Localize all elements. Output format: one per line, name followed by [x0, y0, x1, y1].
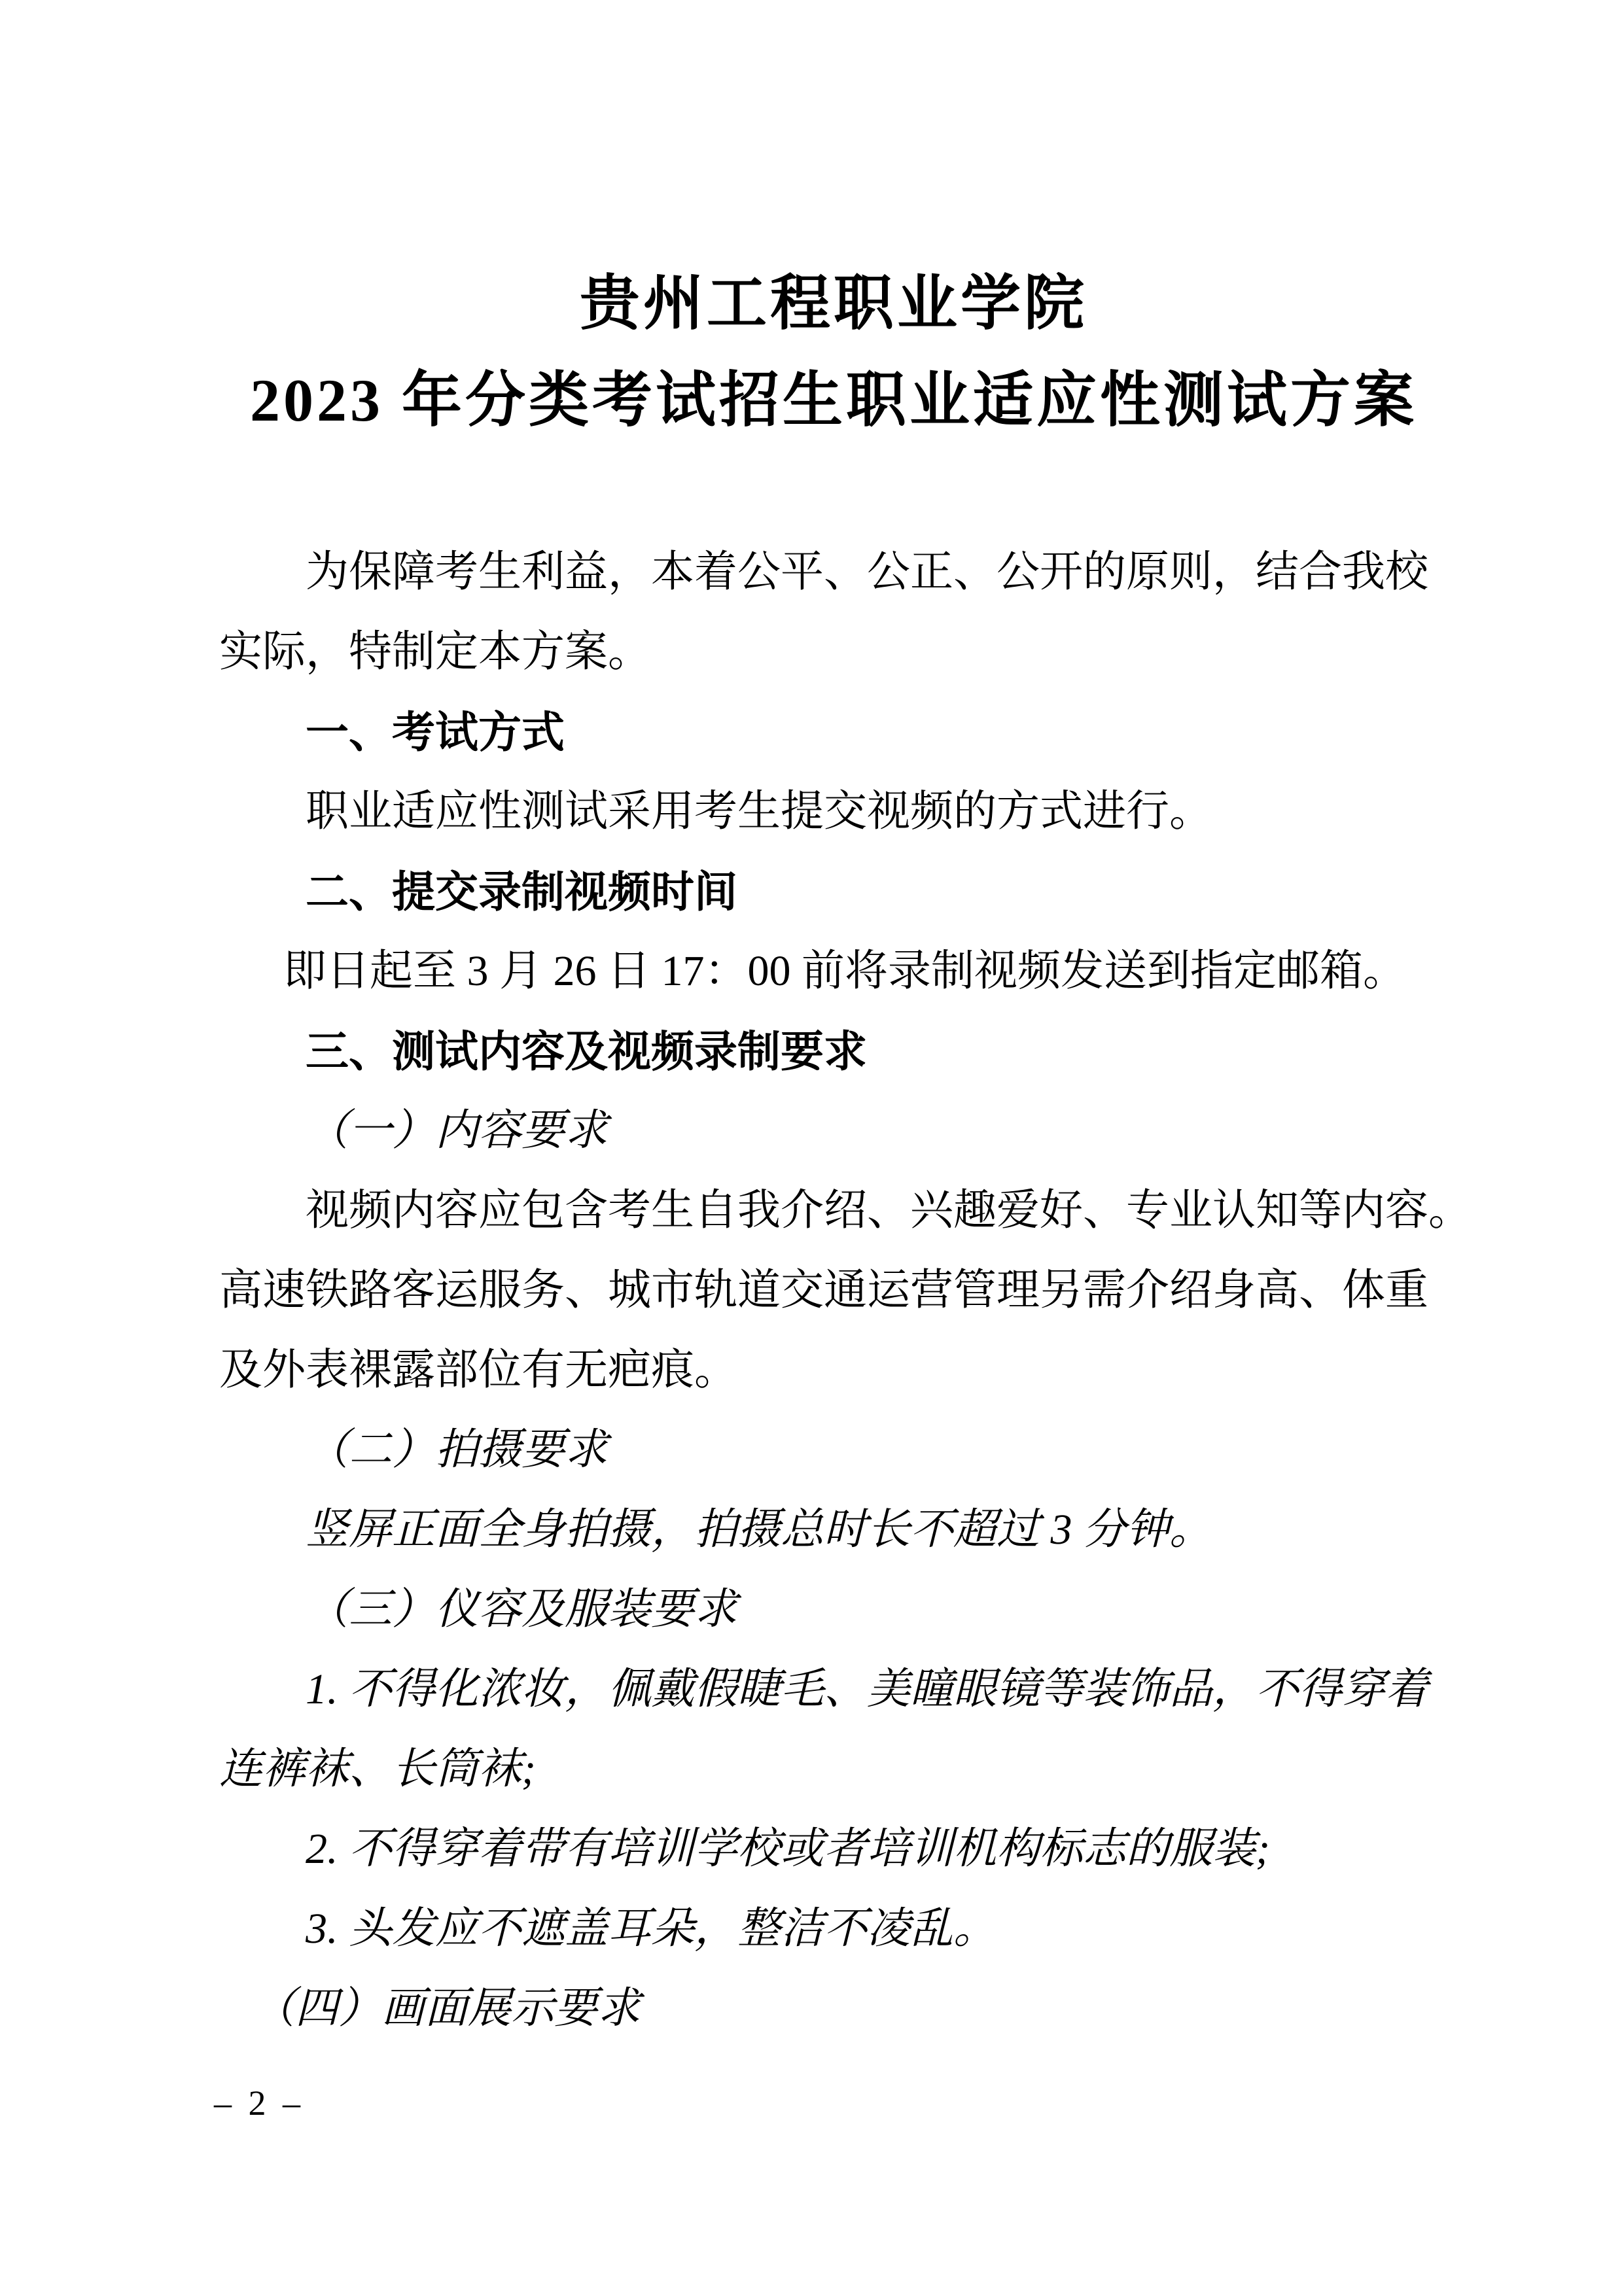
- title-line-2: 2023 年分类考试招生职业适应性测试方案: [219, 352, 1448, 449]
- sub-heading-3-2: （二）拍摄要求: [219, 1410, 1448, 1490]
- section-1-paragraph: 职业适应性测试采用考生提交视频的方式进行。: [219, 772, 1448, 852]
- title-line-1: 贵州工程职业学院: [219, 255, 1448, 352]
- sub-heading-3-4: （四）画面展示要求: [219, 1969, 1448, 2049]
- document-body: 为保障考生利益，本着公平、公正、公开的原则，结合我校 实际，特制定本方案。 一、…: [219, 532, 1448, 2049]
- paragraph-intro-line-1: 为保障考生利益，本着公平、公正、公开的原则，结合我校: [219, 532, 1448, 612]
- page-number: – 2 –: [214, 2083, 1624, 2123]
- section-3-1-line-3: 及外表裸露部位有无疤痕。: [219, 1331, 1448, 1410]
- item-3: 3. 头发应不遮盖耳朵，整洁不凌乱。: [219, 1889, 1448, 1969]
- section-3-1-line-2: 高速铁路客运服务、城市轨道交通运营管理另需介绍身高、体重: [219, 1251, 1448, 1331]
- item-2: 2. 不得穿着带有培训学校或者培训机构标志的服装;: [219, 1809, 1448, 1889]
- item-1-line-2: 连裤袜、长筒袜;: [219, 1730, 1448, 1809]
- sub-heading-3-1: （一）内容要求: [219, 1091, 1448, 1171]
- section-2-paragraph: 即日起至 3 月 26 日 17：00 前将录制视频发送到指定邮箱。: [219, 931, 1448, 1011]
- section-3-1-line-1: 视频内容应包含考生自我介绍、兴趣爱好、专业认知等内容。: [219, 1171, 1448, 1251]
- section-heading-1: 一、考试方式: [219, 692, 1448, 772]
- document-title: 贵州工程职业学院 2023 年分类考试招生职业适应性测试方案: [219, 0, 1448, 449]
- section-heading-2: 二、提交录制视频时间: [219, 852, 1448, 931]
- document-page: 贵州工程职业学院 2023 年分类考试招生职业适应性测试方案 为保障考生利益，本…: [0, 0, 1624, 2296]
- paragraph-intro-line-2: 实际，特制定本方案。: [219, 612, 1448, 692]
- section-heading-3: 三、测试内容及视频录制要求: [219, 1011, 1448, 1091]
- sub-heading-3-3: （三）仪容及服装要求: [219, 1570, 1448, 1650]
- section-3-2-paragraph: 竖屏正面全身拍摄，拍摄总时长不超过 3 分钟。: [219, 1490, 1448, 1570]
- item-1-line-1: 1. 不得化浓妆，佩戴假睫毛、美瞳眼镜等装饰品，不得穿着: [219, 1650, 1448, 1730]
